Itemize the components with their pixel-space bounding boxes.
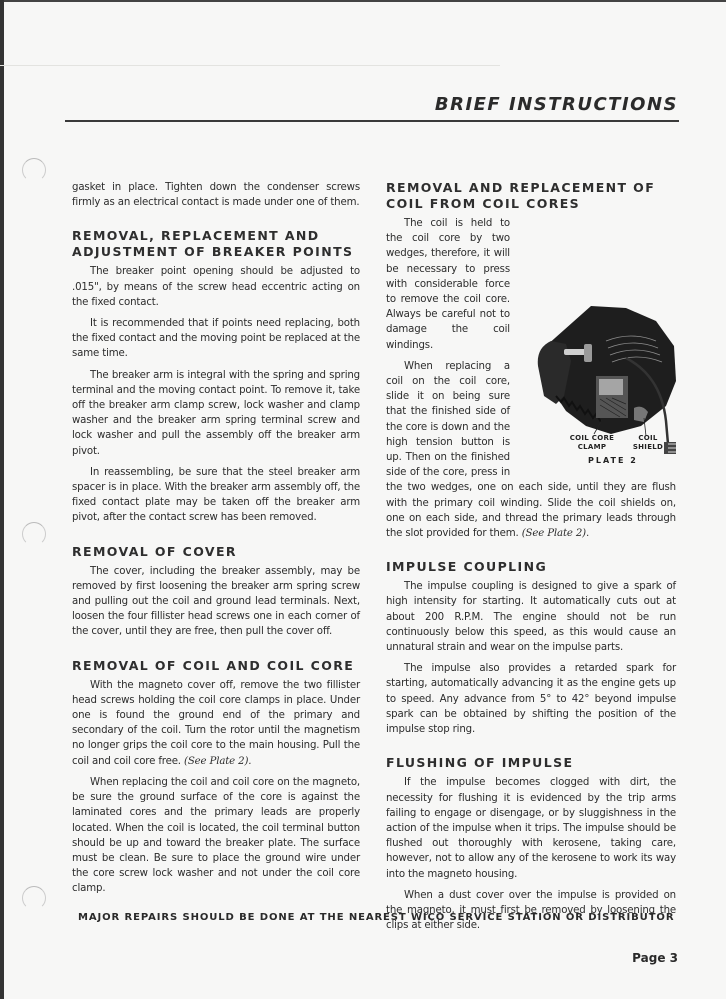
binder-hole-icon <box>22 886 46 910</box>
scan-edge-top <box>0 0 726 2</box>
scan-artifact-line <box>0 65 500 66</box>
section-heading-impulse-coupling: IMPULSE COUPLING <box>386 559 676 575</box>
paragraph: If the impulse becomes clogged with dirt… <box>386 775 676 881</box>
right-column: REMOVAL AND REPLACEMENT OF COIL FROM COI… <box>386 180 676 933</box>
section-heading-coil-from-cores: REMOVAL AND REPLACEMENT OF COIL FROM COI… <box>386 180 676 212</box>
section-heading-breaker-points: REMOVAL, REPLACEMENT AND ADJUSTMENT OF B… <box>72 228 360 260</box>
section-heading-removal-of-cover: REMOVAL OF COVER <box>72 544 360 560</box>
paragraph: In reassembling, be sure that the steel … <box>72 465 360 526</box>
document-page: BRIEF INSTRUCTIONS gasket in place. Tigh… <box>0 0 726 999</box>
label-line: SHIELD <box>628 443 668 452</box>
label-coil-shield: COIL SHIELD <box>628 434 668 452</box>
paragraph: When replacing the coil and coil core on… <box>72 775 360 897</box>
paragraph: The impulse also provides a retarded spa… <box>386 661 676 737</box>
label-coil-core-clamp: COIL CORE CLAMP <box>566 434 618 452</box>
binder-hole-icon <box>22 522 46 546</box>
intro-paragraph: gasket in place. Tighten down the conden… <box>72 180 360 210</box>
paragraph: The cover, including the breaker assembl… <box>72 564 360 640</box>
paragraph: With the magneto cover off, remove the t… <box>72 678 360 769</box>
section-heading-coil-and-core: REMOVAL OF COIL AND COIL CORE <box>72 658 360 674</box>
paragraph-text: With the magneto cover off, remove the t… <box>72 680 360 767</box>
label-line: COIL <box>628 434 668 443</box>
paragraph: It is recommended that if points need re… <box>72 316 360 362</box>
footer-service-note: MAJOR REPAIRS SHOULD BE DONE AT THE NEAR… <box>78 912 682 923</box>
plate-reference: (See Plate 2). <box>184 756 251 767</box>
page-header-title: BRIEF INSTRUCTIONS <box>435 94 678 115</box>
paragraph: The breaker arm is integral with the spr… <box>72 368 360 459</box>
binder-hole-icon <box>22 158 46 182</box>
figure-caption: PLATE 2 <box>588 456 638 465</box>
label-line: CLAMP <box>566 443 618 452</box>
section-heading-flushing-of-impulse: FLUSHING OF IMPULSE <box>386 755 676 771</box>
plate-2-figure: COIL CORE CLAMP COIL SHIELD PLATE 2 <box>516 286 684 471</box>
plate-reference: (See Plate 2). <box>522 528 589 539</box>
header-divider <box>65 120 679 122</box>
paragraph: When a dust cover over the impulse is pr… <box>386 888 676 934</box>
scan-edge-left <box>0 0 4 999</box>
page-number: Page 3 <box>632 951 678 965</box>
paragraph: The breaker point opening should be adju… <box>72 264 360 310</box>
left-column: gasket in place. Tighten down the conden… <box>72 180 360 897</box>
label-line: COIL CORE <box>566 434 618 443</box>
paragraph: The impulse coupling is designed to give… <box>386 579 676 655</box>
